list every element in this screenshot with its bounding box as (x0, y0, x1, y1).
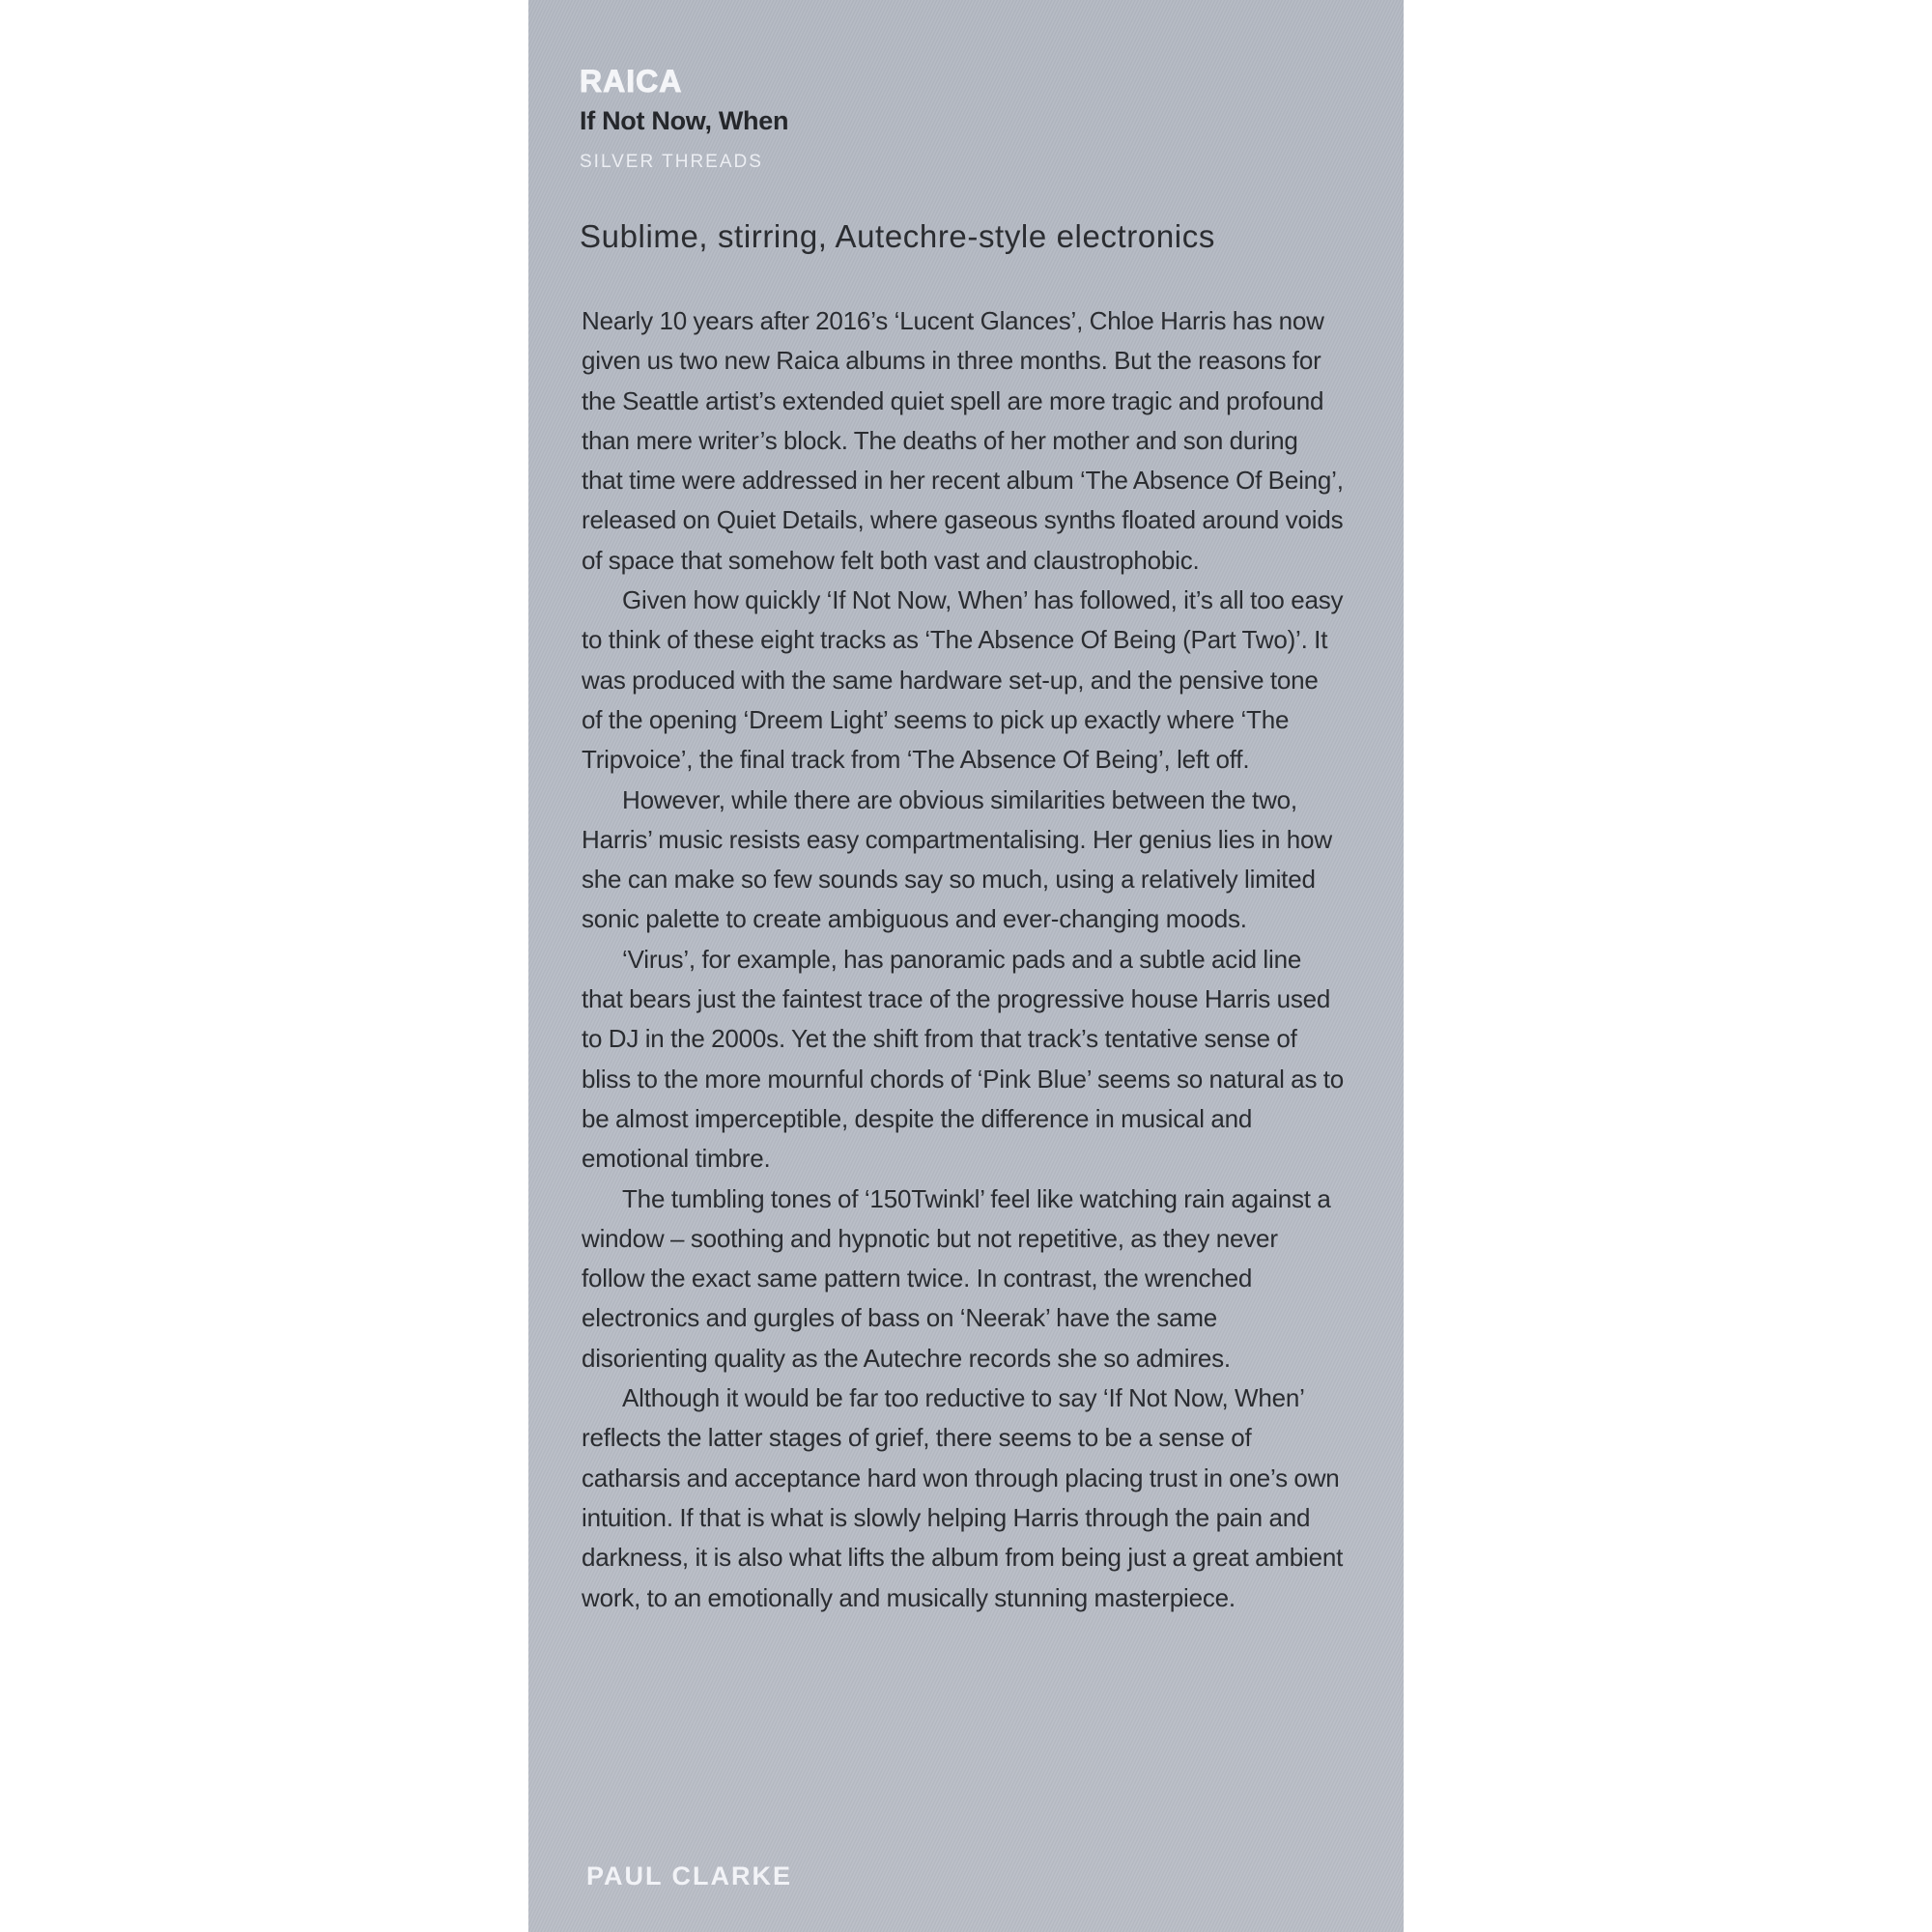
paragraph: Although it would be far too reductive t… (582, 1378, 1345, 1618)
album-title: If Not Now, When (580, 106, 788, 136)
review-body: Nearly 10 years after 2016’s ‘Lucent Gla… (582, 301, 1345, 1618)
paragraph: The tumbling tones of ‘150Twinkl’ feel l… (582, 1179, 1345, 1378)
byline: PAUL CLARKE (586, 1861, 792, 1891)
standfirst: Sublime, stirring, Autechre-style electr… (580, 218, 1215, 255)
paragraph: Nearly 10 years after 2016’s ‘Lucent Gla… (582, 301, 1345, 581)
review-panel: RAICA If Not Now, When SILVER THREADS Su… (528, 0, 1404, 1932)
page: RAICA If Not Now, When SILVER THREADS Su… (0, 0, 1932, 1932)
paragraph: ‘Virus’, for example, has panoramic pads… (582, 940, 1345, 1179)
artist-name: RAICA (580, 64, 682, 99)
paragraph: Given how quickly ‘If Not Now, When’ has… (582, 581, 1345, 780)
record-label: SILVER THREADS (580, 152, 763, 173)
paragraph: However, while there are obvious similar… (582, 781, 1345, 940)
